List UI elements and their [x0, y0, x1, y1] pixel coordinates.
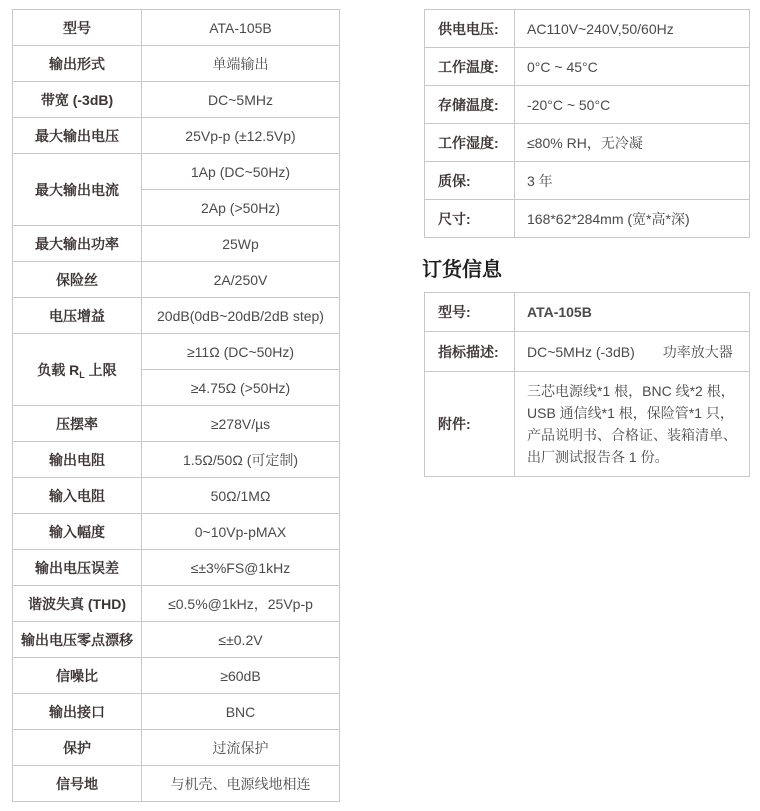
env-label-storage-temp: 存储温度: — [425, 86, 515, 124]
spec-label-signal-ground: 信号地 — [13, 766, 142, 802]
spec-value-output-connector: BNC — [142, 694, 340, 730]
table-row: 型号: ATA-105B — [425, 293, 750, 332]
spec-value-max-current-1: 1Ap (DC~50Hz) — [142, 154, 340, 190]
order-label-description: 指标描述: — [425, 332, 515, 372]
table-row: 谐波失真 (THD) ≤0.5%@1kHz，25Vp-p — [13, 586, 340, 622]
table-row: 输入幅度 0~10Vp-pMAX — [13, 514, 340, 550]
spec-value-bandwidth: DC~5MHz — [142, 82, 340, 118]
spec-label-zero-drift: 输出电压零点漂移 — [13, 622, 142, 658]
spec-label-protection: 保护 — [13, 730, 142, 766]
spec-value-signal-ground: 与机壳、电源线地相连 — [142, 766, 340, 802]
order-value-model: ATA-105B — [515, 293, 750, 332]
table-row: 带宽 (-3dB) DC~5MHz — [13, 82, 340, 118]
order-label-model: 型号: — [425, 293, 515, 332]
spec-value-protection: 过流保护 — [142, 730, 340, 766]
spec-value-fuse: 2A/250V — [142, 262, 340, 298]
table-row: 保险丝 2A/250V — [13, 262, 340, 298]
env-label-operating-temp: 工作温度: — [425, 48, 515, 86]
spec-value-input-resistance: 50Ω/1MΩ — [142, 478, 340, 514]
spec-label-voltage-gain: 电压增益 — [13, 298, 142, 334]
env-value-supply-voltage: AC110V~240V,50/60Hz — [515, 10, 750, 48]
table-row: 最大输出功率 25Wp — [13, 226, 340, 262]
table-row: 输入电阻 50Ω/1MΩ — [13, 478, 340, 514]
spec-sheet-page: 型号 ATA-105B 输出形式 单端输出 带宽 (-3dB) DC~5MHz … — [0, 0, 760, 811]
table-row: 尺寸: 168*62*284mm (宽*高*深) — [425, 200, 750, 238]
table-row: 供电电压: AC110V~240V,50/60Hz — [425, 10, 750, 48]
env-value-humidity: ≤80% RH，无冷凝 — [515, 124, 750, 162]
spec-label-slew-rate: 压摆率 — [13, 406, 142, 442]
order-info-title: 订货信息 — [422, 253, 502, 282]
spec-value-output-resistance: 1.5Ω/50Ω (可定制) — [142, 442, 340, 478]
spec-label-voltage-error: 输出电压误差 — [13, 550, 142, 586]
spec-value-load-1: ≥11Ω (DC~50Hz) — [142, 334, 340, 370]
spec-value-voltage-gain: 20dB(0dB~20dB/2dB step) — [142, 298, 340, 334]
spec-value-input-amplitude: 0~10Vp-pMAX — [142, 514, 340, 550]
env-value-storage-temp: -20°C ~ 50°C — [515, 86, 750, 124]
table-row: 输出电压零点漂移 ≤±0.2V — [13, 622, 340, 658]
table-row: 输出形式 单端输出 — [13, 46, 340, 82]
env-label-humidity: 工作湿度: — [425, 124, 515, 162]
table-row: 电压增益 20dB(0dB~20dB/2dB step) — [13, 298, 340, 334]
env-label-supply-voltage: 供电电压: — [425, 10, 515, 48]
spec-value-max-output-power: 25Wp — [142, 226, 340, 262]
env-label-dimensions: 尺寸: — [425, 200, 515, 238]
table-row: 输出接口 BNC — [13, 694, 340, 730]
load-label-post: 上限 — [85, 362, 117, 378]
spec-value-thd: ≤0.5%@1kHz，25Vp-p — [142, 586, 340, 622]
spec-value-voltage-error: ≤±3%FS@1kHz — [142, 550, 340, 586]
table-row: 工作湿度: ≤80% RH，无冷凝 — [425, 124, 750, 162]
order-value-description: DC~5MHz (-3dB) 功率放大器 — [515, 332, 750, 372]
table-row: 压摆率 ≥278V/µs — [13, 406, 340, 442]
spec-label-model: 型号 — [13, 10, 142, 46]
order-table: 型号: ATA-105B 指标描述: DC~5MHz (-3dB) 功率放大器 … — [424, 292, 750, 477]
spec-value-slew-rate: ≥278V/µs — [142, 406, 340, 442]
spec-value-max-current-2: 2Ap (>50Hz) — [142, 190, 340, 226]
env-label-warranty: 质保: — [425, 162, 515, 200]
table-row: 质保: 3 年 — [425, 162, 750, 200]
spec-label-max-output-voltage: 最大输出电压 — [13, 118, 142, 154]
order-label-accessories: 附件: — [425, 372, 515, 477]
env-value-dimensions: 168*62*284mm (宽*高*深) — [515, 200, 750, 238]
spec-label-output-form: 输出形式 — [13, 46, 142, 82]
order-value-accessories: 三芯电源线*1 根，BNC 线*2 根，USB 通信线*1 根，保险管*1 只，… — [515, 372, 750, 477]
table-row: 负载 RL 上限 ≥11Ω (DC~50Hz) — [13, 334, 340, 370]
env-value-operating-temp: 0°C ~ 45°C — [515, 48, 750, 86]
spec-label-load-limit: 负载 RL 上限 — [13, 334, 142, 406]
table-row: 最大输出电流 1Ap (DC~50Hz) — [13, 154, 340, 190]
spec-label-bandwidth: 带宽 (-3dB) — [13, 82, 142, 118]
spec-label-snr: 信噪比 — [13, 658, 142, 694]
spec-label-output-connector: 输出接口 — [13, 694, 142, 730]
table-row: 附件: 三芯电源线*1 根，BNC 线*2 根，USB 通信线*1 根，保险管*… — [425, 372, 750, 477]
spec-value-zero-drift: ≤±0.2V — [142, 622, 340, 658]
table-row: 型号 ATA-105B — [13, 10, 340, 46]
spec-value-model: ATA-105B — [142, 10, 340, 46]
env-value-warranty: 3 年 — [515, 162, 750, 200]
spec-label-input-amplitude: 输入幅度 — [13, 514, 142, 550]
spec-value-max-output-voltage: 25Vp-p (±12.5Vp) — [142, 118, 340, 154]
table-row: 信噪比 ≥60dB — [13, 658, 340, 694]
spec-table: 型号 ATA-105B 输出形式 单端输出 带宽 (-3dB) DC~5MHz … — [12, 9, 340, 802]
load-label-pre: 负载 R — [37, 362, 79, 378]
spec-value-snr: ≥60dB — [142, 658, 340, 694]
table-row: 保护 过流保护 — [13, 730, 340, 766]
spec-label-input-resistance: 输入电阻 — [13, 478, 142, 514]
table-row: 信号地 与机壳、电源线地相连 — [13, 766, 340, 802]
spec-value-load-2: ≥4.75Ω (>50Hz) — [142, 370, 340, 406]
env-table: 供电电压: AC110V~240V,50/60Hz 工作温度: 0°C ~ 45… — [424, 9, 750, 238]
spec-label-thd: 谐波失真 (THD) — [13, 586, 142, 622]
table-row: 输出电阻 1.5Ω/50Ω (可定制) — [13, 442, 340, 478]
table-row: 工作温度: 0°C ~ 45°C — [425, 48, 750, 86]
spec-label-fuse: 保险丝 — [13, 262, 142, 298]
spec-label-max-output-power: 最大输出功率 — [13, 226, 142, 262]
table-row: 存储温度: -20°C ~ 50°C — [425, 86, 750, 124]
spec-label-max-output-current: 最大输出电流 — [13, 154, 142, 226]
spec-label-output-resistance: 输出电阻 — [13, 442, 142, 478]
table-row: 最大输出电压 25Vp-p (±12.5Vp) — [13, 118, 340, 154]
spec-value-output-form: 单端输出 — [142, 46, 340, 82]
table-row: 输出电压误差 ≤±3%FS@1kHz — [13, 550, 340, 586]
table-row: 指标描述: DC~5MHz (-3dB) 功率放大器 — [425, 332, 750, 372]
